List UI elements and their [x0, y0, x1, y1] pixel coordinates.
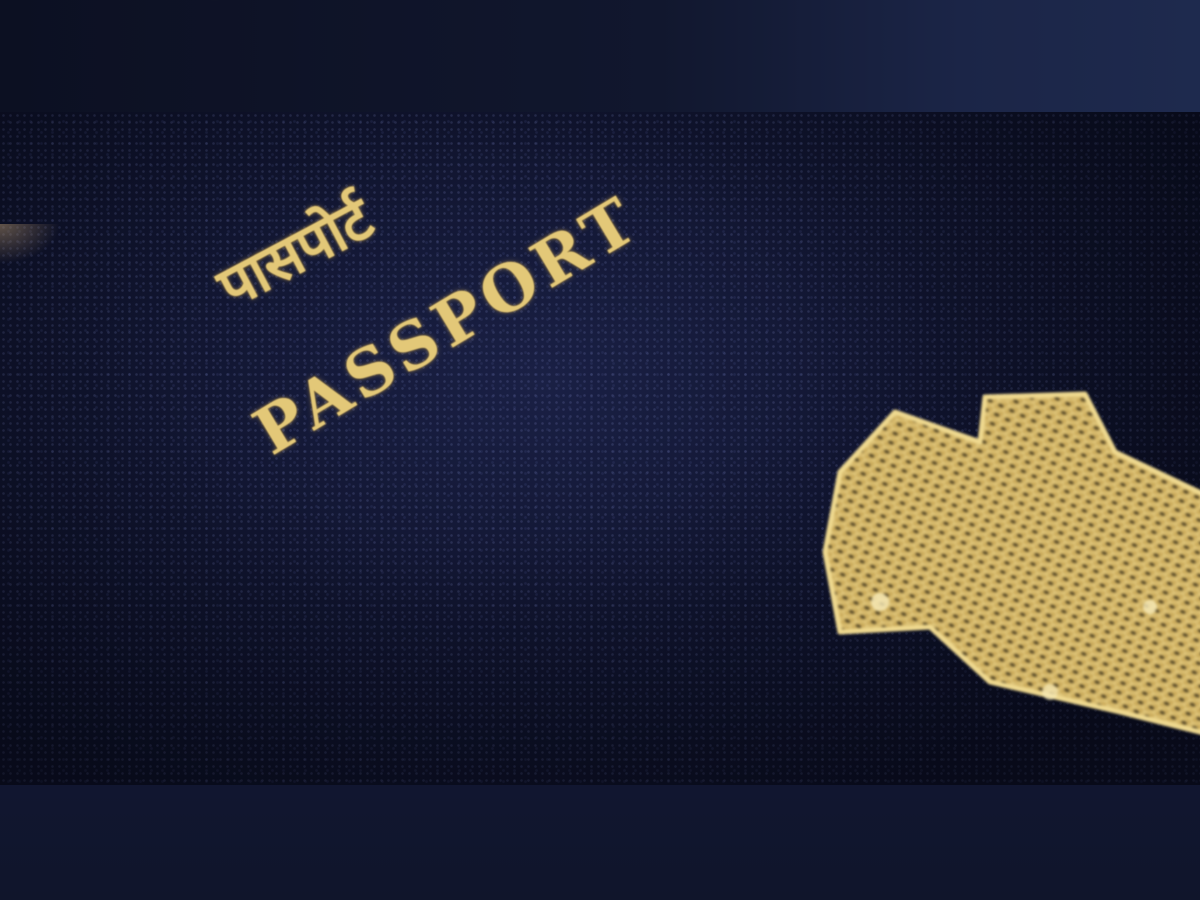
page-edge: [0, 224, 60, 264]
national-emblem-icon: [820, 382, 1200, 742]
dark-bottom-strip: [0, 785, 1200, 900]
blurred-passport-text: पासपोर्ट PASSPORT: [150, 0, 920, 23]
passport-cover-photo: पासपोर्ट PASSPORT: [0, 112, 1200, 785]
blurred-top-strip: पासपोर्ट PASSPORT: [0, 0, 1200, 112]
